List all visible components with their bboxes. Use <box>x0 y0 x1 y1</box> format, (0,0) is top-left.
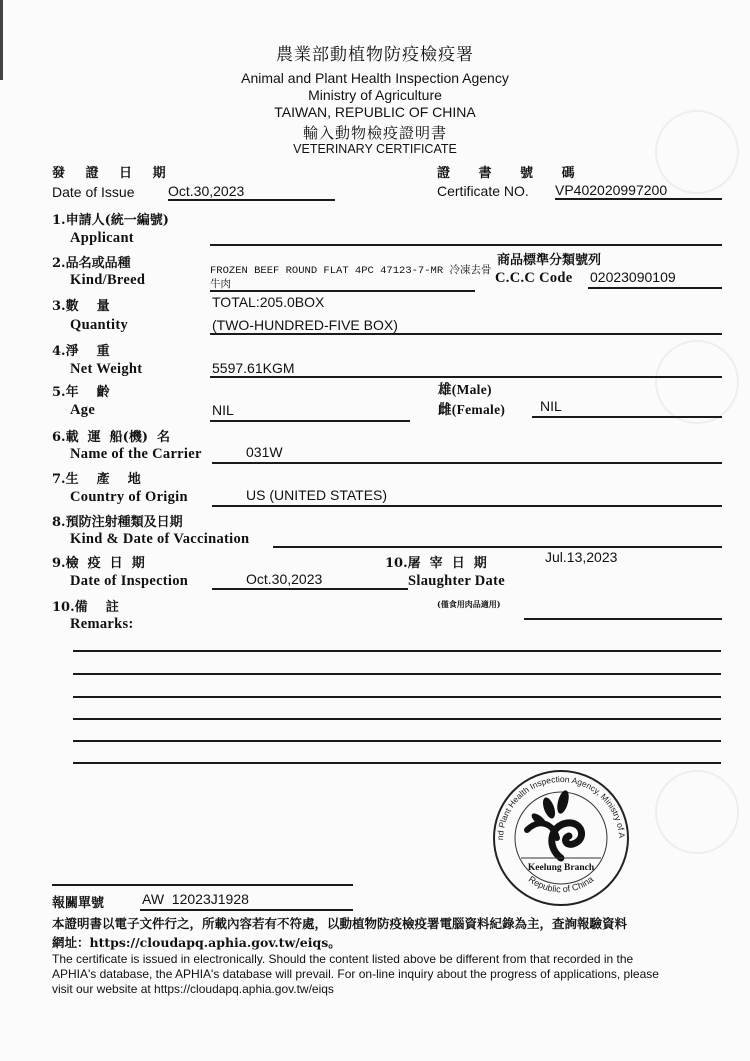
remarks-line <box>73 762 721 764</box>
age-label-cn: 5.年 齡 <box>52 381 110 400</box>
slaughter-label: Slaughter Date <box>408 573 505 590</box>
slaughter-value: Jul.13,2023 <box>545 549 617 565</box>
remarks-line <box>73 696 721 698</box>
carrier-label-cn: 6.載 運 船(機) 名 <box>52 426 170 445</box>
certificate-no-label-cn: 證 書 號 碼 <box>437 162 587 181</box>
seal-emblem-icon: Animal and Plant Health Inspection Agenc… <box>487 768 635 908</box>
footer-url-cn: 網址：https://cloudapq.aphia.gov.tw/eiqs。 <box>52 933 341 951</box>
age-value: NIL <box>212 402 234 418</box>
quantity-total: TOTAL:205.0BOX <box>212 294 324 310</box>
issue-date-value: Oct.30,2023 <box>168 183 244 199</box>
inspection-value: Oct.30,2023 <box>246 571 322 587</box>
female-label: 雌(Female) <box>438 398 505 418</box>
ministry-name: Ministry of Agriculture <box>0 87 750 103</box>
agency-name-en: Animal and Plant Health Inspection Agenc… <box>0 70 750 86</box>
kind-label-cn: 2.品名或品種 <box>52 252 131 271</box>
origin-label-cn: 7.生 產 地 <box>52 468 141 487</box>
vaccination-label-cn: 8.預防注射種類及日期 <box>52 511 183 530</box>
ccc-code-label-cn: 商品標準分類號列 <box>497 249 601 268</box>
age-label: Age <box>70 402 95 419</box>
certificate-title-cn: 輸入動物檢疫證明書 <box>0 122 750 143</box>
watermark-emblem <box>655 770 739 854</box>
inspection-label: Date of Inspection <box>70 573 188 590</box>
net-weight-label: Net Weight <box>70 361 142 378</box>
footer-notice-en-3: visit our website at https://cloudapq.ap… <box>52 982 334 997</box>
kind-value-line2: 牛肉 <box>210 276 231 291</box>
issue-date-label: Date of Issue <box>52 184 135 200</box>
applicant-label: Applicant <box>70 230 134 247</box>
remarks-line <box>73 650 721 652</box>
ccc-code-value: 02023090109 <box>590 269 676 285</box>
kind-label: Kind/Breed <box>70 272 145 289</box>
inspection-label-cn: 9.檢 疫 日 期 <box>52 552 145 571</box>
net-weight-label-cn: 4.淨 重 <box>52 340 110 359</box>
country-name: TAIWAN, REPUBLIC OF CHINA <box>0 104 750 120</box>
customs-label-cn: 報關單號 <box>52 892 104 911</box>
customs-number: AW 12023J1928 <box>142 891 249 907</box>
quantity-label-cn: 3.數 量 <box>52 295 110 314</box>
sex-value: NIL <box>540 398 562 414</box>
watermark-emblem <box>655 340 739 424</box>
carrier-label: Name of the Carrier <box>70 446 202 463</box>
footer-notice-cn: 本證明書以電子文件行之，所載內容若有不符處，以動植物防疫檢疫署電腦資料紀錄為主，… <box>52 914 627 932</box>
footer-notice-en-2: APHIA's database, the APHIA's database w… <box>52 967 659 982</box>
male-label: 雄(Male) <box>438 378 492 398</box>
ccc-code-label: C.C.C Code <box>495 270 573 287</box>
remarks-line <box>73 673 721 675</box>
slaughter-label-cn: 10.屠 宰 日 期 <box>385 552 487 571</box>
remarks-label: Remarks: <box>70 616 134 633</box>
origin-value: US (UNITED STATES) <box>246 487 387 503</box>
certificate-title-en: VETERINARY CERTIFICATE <box>0 142 750 156</box>
issue-date-label-cn: 發 證 日 期 <box>52 162 174 181</box>
applicant-label-cn: 1.申請人(統一編號) <box>52 209 169 228</box>
svg-text:Keelung Branch: Keelung Branch <box>528 863 595 873</box>
official-seal: Animal and Plant Health Inspection Agenc… <box>487 768 635 908</box>
certificate-no-label: Certificate NO. <box>437 183 529 199</box>
remarks-line <box>73 718 721 720</box>
remarks-label-cn: 10.備 註 <box>52 596 119 615</box>
slaughter-note: (僅食用肉品適用) <box>437 599 501 610</box>
quantity-words: (TWO-HUNDRED-FIVE BOX) <box>212 317 398 333</box>
net-weight-value: 5597.61KGM <box>212 360 295 376</box>
agency-name-cn: 農業部動植物防疫檢疫署 <box>0 40 750 65</box>
certificate-no-value: VP402020997200 <box>555 182 667 198</box>
footer-notice-en-1: The certificate is issued in electronica… <box>52 952 633 967</box>
carrier-value: 031W <box>246 444 283 460</box>
remarks-line <box>73 740 721 742</box>
vaccination-label: Kind & Date of Vaccination <box>70 531 249 548</box>
kind-value-line1: FROZEN BEEF ROUND FLAT 4PC 47123-7-MR 冷凍… <box>210 262 491 277</box>
quantity-label: Quantity <box>70 317 128 334</box>
origin-label: Country of Origin <box>70 489 188 506</box>
